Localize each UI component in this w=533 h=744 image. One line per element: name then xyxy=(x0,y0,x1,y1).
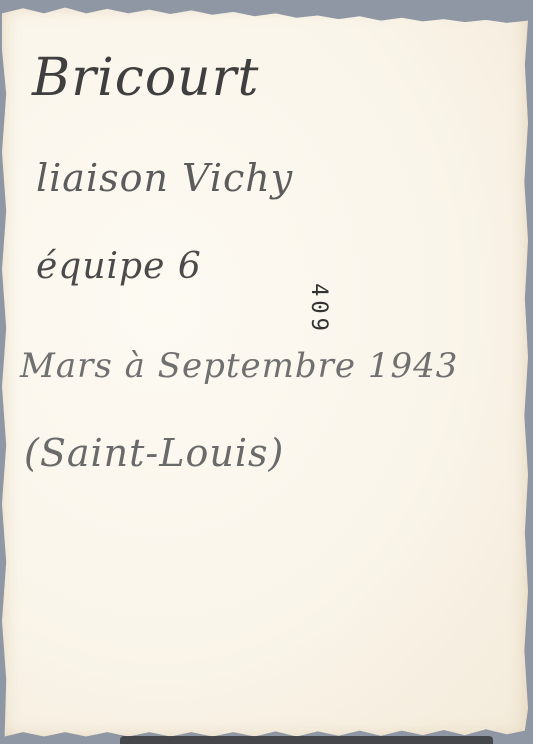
handwritten-team: équipe 6 xyxy=(36,246,202,287)
photo-back-card: Bricourt liaison Vichy équipe 6 Mars à S… xyxy=(2,6,528,738)
stamped-number: 409 xyxy=(278,284,360,334)
handwritten-name: Bricourt xyxy=(32,48,259,108)
handwritten-location: (Saint-Louis) xyxy=(24,431,284,475)
handwritten-dates: Mars à Septembre 1943 xyxy=(20,346,458,386)
handwritten-unit: liaison Vichy xyxy=(36,156,293,200)
edge-shadow xyxy=(120,736,493,744)
